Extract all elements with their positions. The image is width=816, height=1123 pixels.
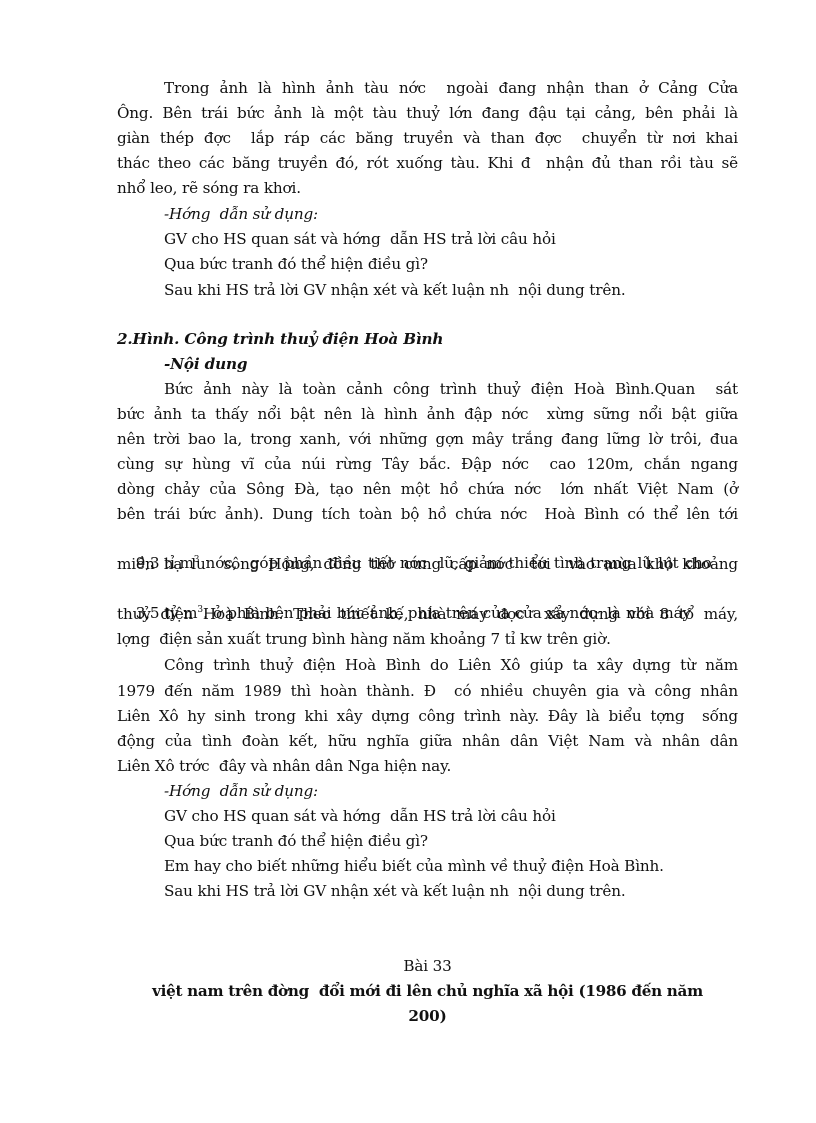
lesson-title: việt nam trên đờng đổi mới đi lên chủ ng… — [117, 979, 738, 1003]
paragraph-line: Liên Xô hy sinh trong khi xây dựng công … — [117, 704, 738, 728]
guide-line: Qua bức tranh đó thể hiện điều gì? — [164, 252, 428, 276]
section-subheading: -Nội dung — [164, 352, 247, 376]
lesson-title-continued: 200) — [117, 1004, 738, 1028]
paragraph-line: dòng chảy của Sông Đà, tạo nên một hồ ch… — [117, 477, 738, 501]
paragraph-line: Bức ảnh này là toàn cảnh công trình thuỷ… — [164, 377, 738, 401]
paragraph-line-with-superscript: 3,5 tỷ m3. ở phía bên phải bức ảnh, phía… — [117, 577, 738, 601]
paragraph-line: giàn thép đợc lắp ráp các băng truyền và… — [117, 126, 738, 150]
guide-line: Em hay cho biết những hiểu biết của mình… — [164, 854, 664, 878]
guide-line: GV cho HS quan sát và hớng dẫn HS trả lờ… — [164, 227, 556, 251]
paragraph-line: nên trời bao la, trong xanh, với những g… — [117, 427, 738, 451]
guide-line: Sau khi HS trả lời GV nhận xét và kết lu… — [164, 278, 626, 302]
section-heading: 2.Hình. Công trình thuỷ điện Hoà Bình — [117, 327, 443, 351]
paragraph-line: lợng điện sản xuất trung bình hàng năm k… — [117, 627, 611, 651]
paragraph-line: thác theo các băng truyền đó, rót xuống … — [117, 151, 738, 175]
paragraph-line: nhổ leo, rẽ sóng ra khơi. — [117, 176, 301, 200]
paragraph-line: cùng sự hùng vĩ của núi rừng Tây bắc. Đậ… — [117, 452, 738, 476]
paragraph-line: bên trái bức ảnh). Dung tích toàn bộ hồ … — [117, 502, 738, 526]
paragraph-line: thuỷ điện Hoà Bình. Theo thiết kế, nhà m… — [117, 602, 738, 626]
paragraph-line: Liên Xô trớc đây và nhân dân Nga hiện na… — [117, 754, 451, 778]
paragraph-line: Ông. Bên trái bức ảnh là một tàu thuỷ lớ… — [117, 101, 738, 125]
paragraph-line: miền hạ lu sông Hồng, đồng thờ cung cấp … — [117, 552, 738, 576]
guide-line: Qua bức tranh đó thể hiện điều gì? — [164, 829, 428, 853]
paragraph-line: bức ảnh ta thấy nổi bật nên là hình ảnh … — [117, 402, 738, 426]
paragraph-line: Công trình thuỷ điện Hoà Bình do Liên Xô… — [164, 653, 738, 677]
lesson-number: Bài 33 — [117, 954, 738, 978]
guide-line: GV cho HS quan sát và hớng dẫn HS trả lờ… — [164, 804, 556, 828]
paragraph-line: động của tình đoàn kết, hữu nghĩa giữa n… — [117, 729, 738, 753]
guide-line: Sau khi HS trả lời GV nhận xét và kết lu… — [164, 879, 626, 903]
paragraph-line-with-superscript: 9,3 tỉ m3 nớc, góp phần điều tiết nớc lũ… — [117, 527, 738, 551]
paragraph-line: Trong ảnh là hình ảnh tàu nớc ngoài đang… — [164, 76, 738, 100]
guide-label: -Hớng dẫn sử dụng: — [164, 202, 318, 226]
guide-label: -Hớng dẫn sử dụng: — [164, 779, 318, 803]
paragraph-line: 1979 đến năm 1989 thì hoàn thành. Đ có n… — [117, 679, 738, 703]
